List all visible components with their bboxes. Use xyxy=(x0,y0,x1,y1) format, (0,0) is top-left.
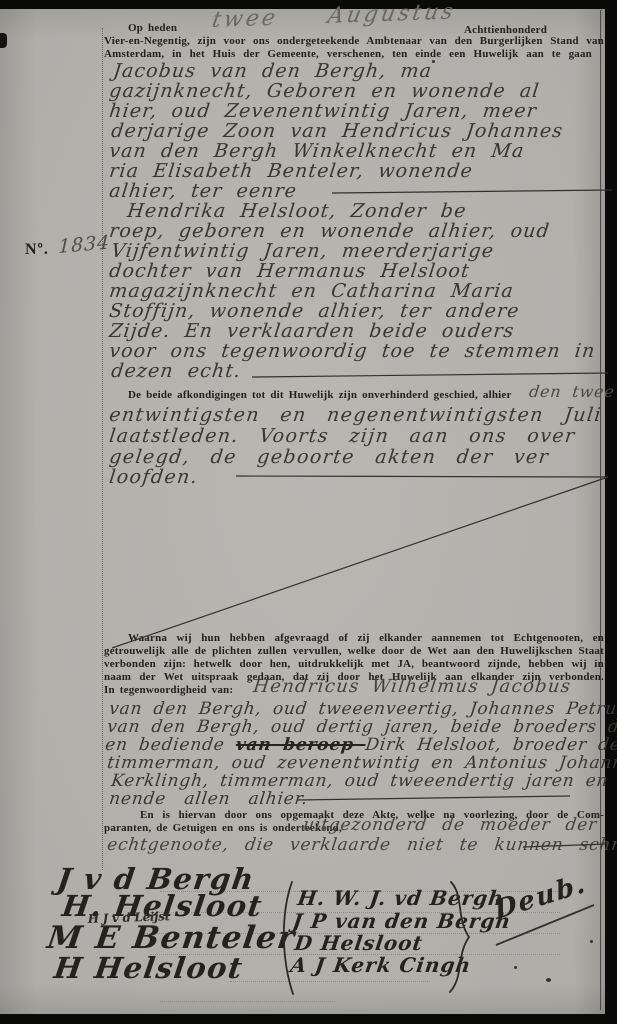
fill-rule-after-loofden xyxy=(236,476,608,477)
fill-rule-after-echt xyxy=(252,373,608,377)
margin-dotted-line xyxy=(102,28,103,870)
fill-rule-after-eenre xyxy=(332,190,612,193)
afkondiging-hw-inline: den twee xyxy=(528,382,616,401)
entry-line: voor ons tegenwoordig toe te stemmen in xyxy=(108,340,597,362)
entry-line: dezen echt. xyxy=(110,360,243,382)
dust-speck xyxy=(546,978,551,982)
witness-line: en bediende van beroep Dirk Helsloot, br… xyxy=(104,735,617,755)
scan-edge-right xyxy=(605,6,617,1018)
afkondiging-line: entwintigsten en negenentwintigsten Juli xyxy=(108,404,603,426)
entry-line: alhier, ter eenre xyxy=(108,180,298,202)
witness-line: van den Bergh, oud tweeenveertig, Johann… xyxy=(108,699,617,719)
witness-line: nende allen alhier. xyxy=(108,789,309,809)
afkondiging-line: gelegd, de geboorte akten der ver xyxy=(108,446,551,468)
entry-line: Zijde. En verklaarden beide ouders xyxy=(108,320,516,342)
header-op-heden: Op heden xyxy=(128,22,177,34)
entry-line: derjarige Zoon van Hendricus Johannes xyxy=(110,120,565,142)
fill-rule-after-alhier xyxy=(297,796,570,800)
entry-line: dochter van Hermanus Helsloot xyxy=(108,260,471,282)
afkondiging-printed: De beide afkondigingen tot dit Huwelijk … xyxy=(128,389,512,401)
entry-line: gazijnknecht, Geboren en wonende al xyxy=(108,80,541,102)
ruled-line xyxy=(230,981,430,982)
afkondiging-line: loofden. xyxy=(108,466,200,488)
entry-line: van den Bergh Winkelknecht en Ma xyxy=(108,140,526,162)
dust-speck xyxy=(514,966,517,969)
waarna-line1: Waarna wij hun hebben afgevraagd of zij … xyxy=(128,632,604,645)
witness-line: van den Bergh, oud dertig jaren, beide b… xyxy=(106,717,617,737)
entry-line: magazijnknecht en Catharina Maria xyxy=(108,280,515,302)
witness-line: Kerklingh, timmerman, oud tweeendertig j… xyxy=(110,771,617,791)
afkondiging-line: laatstleden. Voorts zijn aan ons over xyxy=(108,425,577,447)
signature-witness-2: J P van den Bergh xyxy=(291,909,513,933)
signature-witness-1: H. W. J. vd Bergh xyxy=(296,886,506,910)
entry-line: hier, oud Zevenentwintig Jaren, meer xyxy=(108,100,538,122)
entry-line: Vijfentwintig Jaren, meerderjarige xyxy=(110,240,496,262)
entry-line: Stoffijn, wonende alhier, ter andere xyxy=(108,300,521,322)
dust-speck xyxy=(590,940,593,943)
waarna-line5: In tegenwoordigheid van: xyxy=(104,684,233,696)
signature-witness-4: A J Kerk Cingh xyxy=(289,953,473,977)
scan-blot-left xyxy=(0,33,7,48)
entry-line: ria Elisabeth Benteler, wonende xyxy=(108,160,474,182)
record-number-value: 1834 xyxy=(58,231,110,258)
waarna-line2: getrouwelijk alle de plichten zullen ver… xyxy=(104,645,604,658)
dust-speck xyxy=(432,60,435,63)
page-binding-line xyxy=(600,10,601,1010)
ruled-line xyxy=(160,1001,335,1002)
cancellation-diagonal xyxy=(112,477,608,648)
witness-line3-struck-text: van beroep xyxy=(235,735,367,755)
entry-line: Hendrika Helsloot, Zonder be xyxy=(126,200,468,222)
slot-hw-line2: echtgenoote, die verklaarde niet te kunn… xyxy=(106,835,617,855)
witness-line3-pre: en bediende xyxy=(104,735,237,755)
record-number-label: Nº. xyxy=(25,241,49,259)
witness-line3-post: Dirk Helsloot, broeder der echtgenoote, xyxy=(364,735,617,755)
entry-line: Jacobus van den Bergh, ma xyxy=(112,60,434,82)
scan-edge-bottom xyxy=(0,1014,617,1024)
signature-registrar: Deub. xyxy=(492,869,589,926)
header-line2: Vier-en-Negentig, zijn voor ons onderget… xyxy=(104,35,604,48)
signature-witness-3: D Helsloot xyxy=(293,931,425,955)
witness-line: timmerman, oud zevenentwintig en Antoniu… xyxy=(106,753,617,773)
marriage-record-scan: Nº. 1834 Op heden twee Augustus Achttien… xyxy=(0,0,617,1024)
entry-line: roep, geboren en wonende alhier, oud xyxy=(108,220,551,242)
slot-hw-inline: uitgezonderd de moeder der xyxy=(302,815,598,835)
waarna-line3: verbonden zijn: hetwelk door hen, uitdru… xyxy=(104,658,604,671)
signature-father: H Helsloot xyxy=(52,951,246,985)
waarna-hw-inline: Hendricus Wilhelmus Jacobus xyxy=(252,676,573,697)
